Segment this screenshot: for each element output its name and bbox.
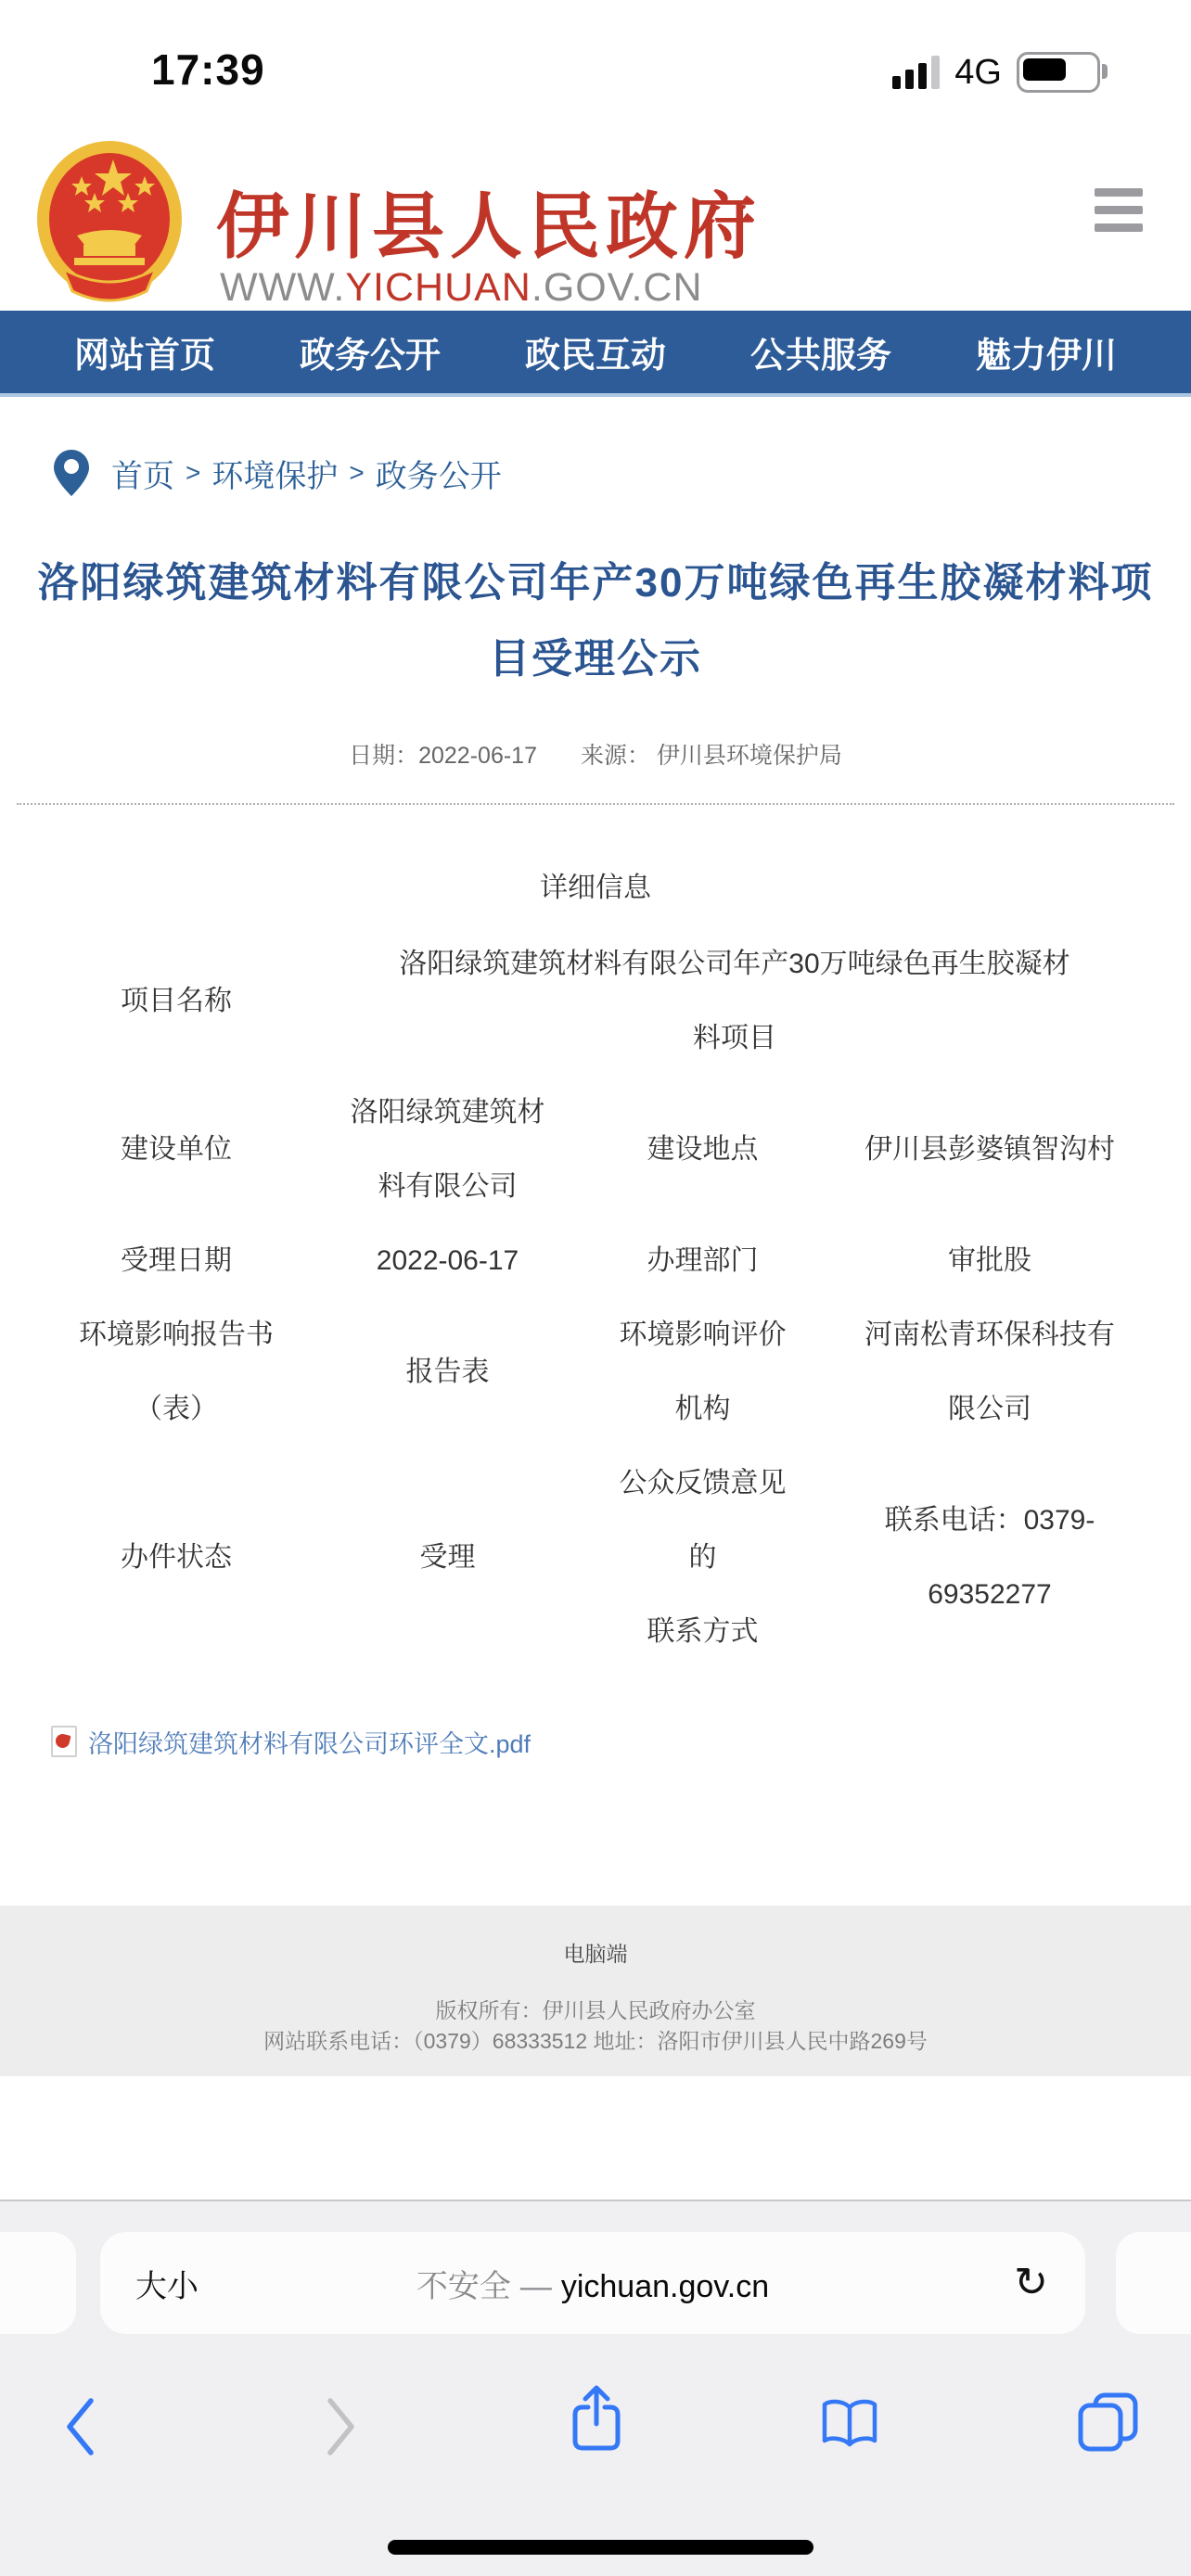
back-button-icon[interactable]	[63, 2396, 98, 2457]
field-label-eia-agency: 环境影响评价 机构	[580, 1298, 826, 1447]
article-source: 来源： 伊川县环境保护局	[581, 743, 842, 769]
address-bar[interactable]: 大小 不安全—yichuan.gov.cn ↻	[100, 2232, 1085, 2334]
tabs-icon[interactable]	[1078, 2392, 1139, 2452]
field-label-case-status: 办件状态	[37, 1447, 315, 1669]
national-emblem-logo	[35, 139, 184, 302]
safari-bottom-bar: 大小 不安全—yichuan.gov.cn ↻	[0, 2200, 1191, 2576]
pc-version-link[interactable]: 电脑端	[0, 1906, 1191, 1968]
article-date: 日期：2022-06-17	[349, 743, 537, 769]
field-value-project-name: 洛阳绿筑建筑材料有限公司年产30万吨绿色再生胶凝材 料项目	[315, 927, 1154, 1076]
field-label-acceptance-date: 受理日期	[37, 1224, 315, 1298]
pdf-file-icon	[51, 1726, 77, 1757]
attachment-filename: 洛阳绿筑建筑材料有限公司环评全文.pdf	[88, 1724, 531, 1760]
article-title: 洛阳绿筑建筑材料有限公司年产30万吨绿色再生胶凝材料项 目受理公示	[0, 545, 1191, 697]
field-value-report-type: 报告表	[315, 1298, 580, 1447]
site-footer: 电脑端 版权所有：伊川县人民政府办公室 网站联系电话：（0379）6833351…	[0, 1906, 1191, 2076]
url-host: yichuan.gov.cn	[561, 2269, 769, 2304]
field-value-handling-department: 审批股	[826, 1224, 1154, 1298]
home-indicator[interactable]	[388, 2540, 813, 2555]
attachment-pdf-link[interactable]: 洛阳绿筑建筑材料有限公司环评全文.pdf	[51, 1717, 531, 1766]
reload-icon[interactable]: ↻	[1014, 2263, 1048, 2303]
field-value-construction-site: 伊川县彭婆镇智沟村	[826, 1076, 1154, 1224]
field-value-feedback-contact: 联系电话：0379- 69352277	[826, 1447, 1154, 1669]
text-size-button[interactable]: 大小	[135, 2261, 198, 2306]
signal-strength-icon	[892, 56, 940, 89]
breadcrumb-home[interactable]: 首页	[111, 451, 174, 496]
status-bar: 17:39 4G	[0, 0, 1191, 111]
article-meta: 日期：2022-06-17 来源： 伊川县环境保护局	[0, 737, 1191, 771]
share-icon[interactable]	[568, 2383, 625, 2454]
field-label-construction-site: 建设地点	[580, 1076, 826, 1224]
url-separator: —	[520, 2269, 552, 2304]
nav-item-public-service[interactable]: 公共服务	[750, 326, 891, 377]
url-domain: YICHUAN	[345, 265, 531, 310]
url-www: WWW.	[220, 265, 345, 310]
hamburger-menu-icon[interactable]	[1095, 188, 1143, 232]
breadcrumb-separator: >	[349, 458, 364, 488]
bookmarks-icon[interactable]	[820, 2398, 879, 2452]
nav-item-interaction[interactable]: 政民互动	[525, 326, 666, 377]
site-url: WWW.YICHUAN.GOV.CN	[220, 265, 703, 311]
field-label-feedback-contact: 公众反馈意见 的 联系方式	[580, 1447, 826, 1669]
field-label-report-type: 环境影响报告书 （表）	[37, 1298, 315, 1447]
page: 17:39 4G 伊川县人民政府 WWW.YICHUAN.GOV.	[0, 0, 1191, 2576]
field-label-construction-unit: 建设单位	[37, 1076, 315, 1224]
nav-item-home[interactable]: 网站首页	[74, 326, 215, 377]
status-icons: 4G	[892, 52, 1109, 93]
details-heading: 详细信息	[0, 861, 1191, 916]
breadcrumb: 首页 > 环境保护 > 政务公开	[0, 436, 502, 510]
breadcrumb-gov-affairs[interactable]: 政务公开	[376, 451, 502, 496]
field-value-construction-unit: 洛阳绿筑建筑材 料有限公司	[315, 1076, 580, 1224]
field-value-eia-agency: 河南松青环保科技有 限公司	[826, 1298, 1154, 1447]
field-label-project-name: 项目名称	[37, 927, 315, 1076]
breadcrumb-environment[interactable]: 环境保护	[211, 451, 338, 496]
main-nav: 网站首页 政务公开 政民互动 公共服务 魅力伊川	[0, 311, 1191, 397]
footer-copyright: 版权所有：伊川县人民政府办公室	[0, 1996, 1191, 2026]
divider	[17, 803, 1174, 805]
forward-button-icon[interactable]	[323, 2396, 358, 2457]
nav-item-charm-yichuan[interactable]: 魅力伊川	[976, 326, 1117, 377]
battery-icon	[1017, 52, 1100, 93]
field-value-case-status: 受理	[315, 1447, 580, 1669]
breadcrumb-separator: >	[186, 458, 200, 488]
next-tab-stub[interactable]	[1116, 2232, 1191, 2334]
network-type-label: 4G	[954, 53, 1002, 93]
url-tld: .GOV.CN	[531, 265, 703, 310]
previous-tab-stub[interactable]	[0, 2232, 76, 2334]
site-name-link[interactable]: 伊川县人民政府	[216, 169, 762, 273]
clock: 17:39	[151, 45, 265, 95]
nav-item-gov-affairs[interactable]: 政务公开	[300, 326, 441, 377]
details-table: 项目名称 洛阳绿筑建筑材料有限公司年产30万吨绿色再生胶凝材 料项目 建设单位 …	[37, 927, 1154, 1669]
field-label-handling-department: 办理部门	[580, 1224, 826, 1298]
site-header: 伊川县人民政府 WWW.YICHUAN.GOV.CN	[0, 111, 1191, 311]
field-value-acceptance-date: 2022-06-17	[315, 1224, 580, 1298]
address-url: 不安全—yichuan.gov.cn	[100, 2261, 1085, 2306]
not-secure-label: 不安全	[416, 2269, 511, 2304]
footer-contact: 网站联系电话：（0379）68333512 地址：洛阳市伊川县人民中路269号	[0, 2026, 1191, 2057]
location-pin-icon	[54, 450, 89, 496]
